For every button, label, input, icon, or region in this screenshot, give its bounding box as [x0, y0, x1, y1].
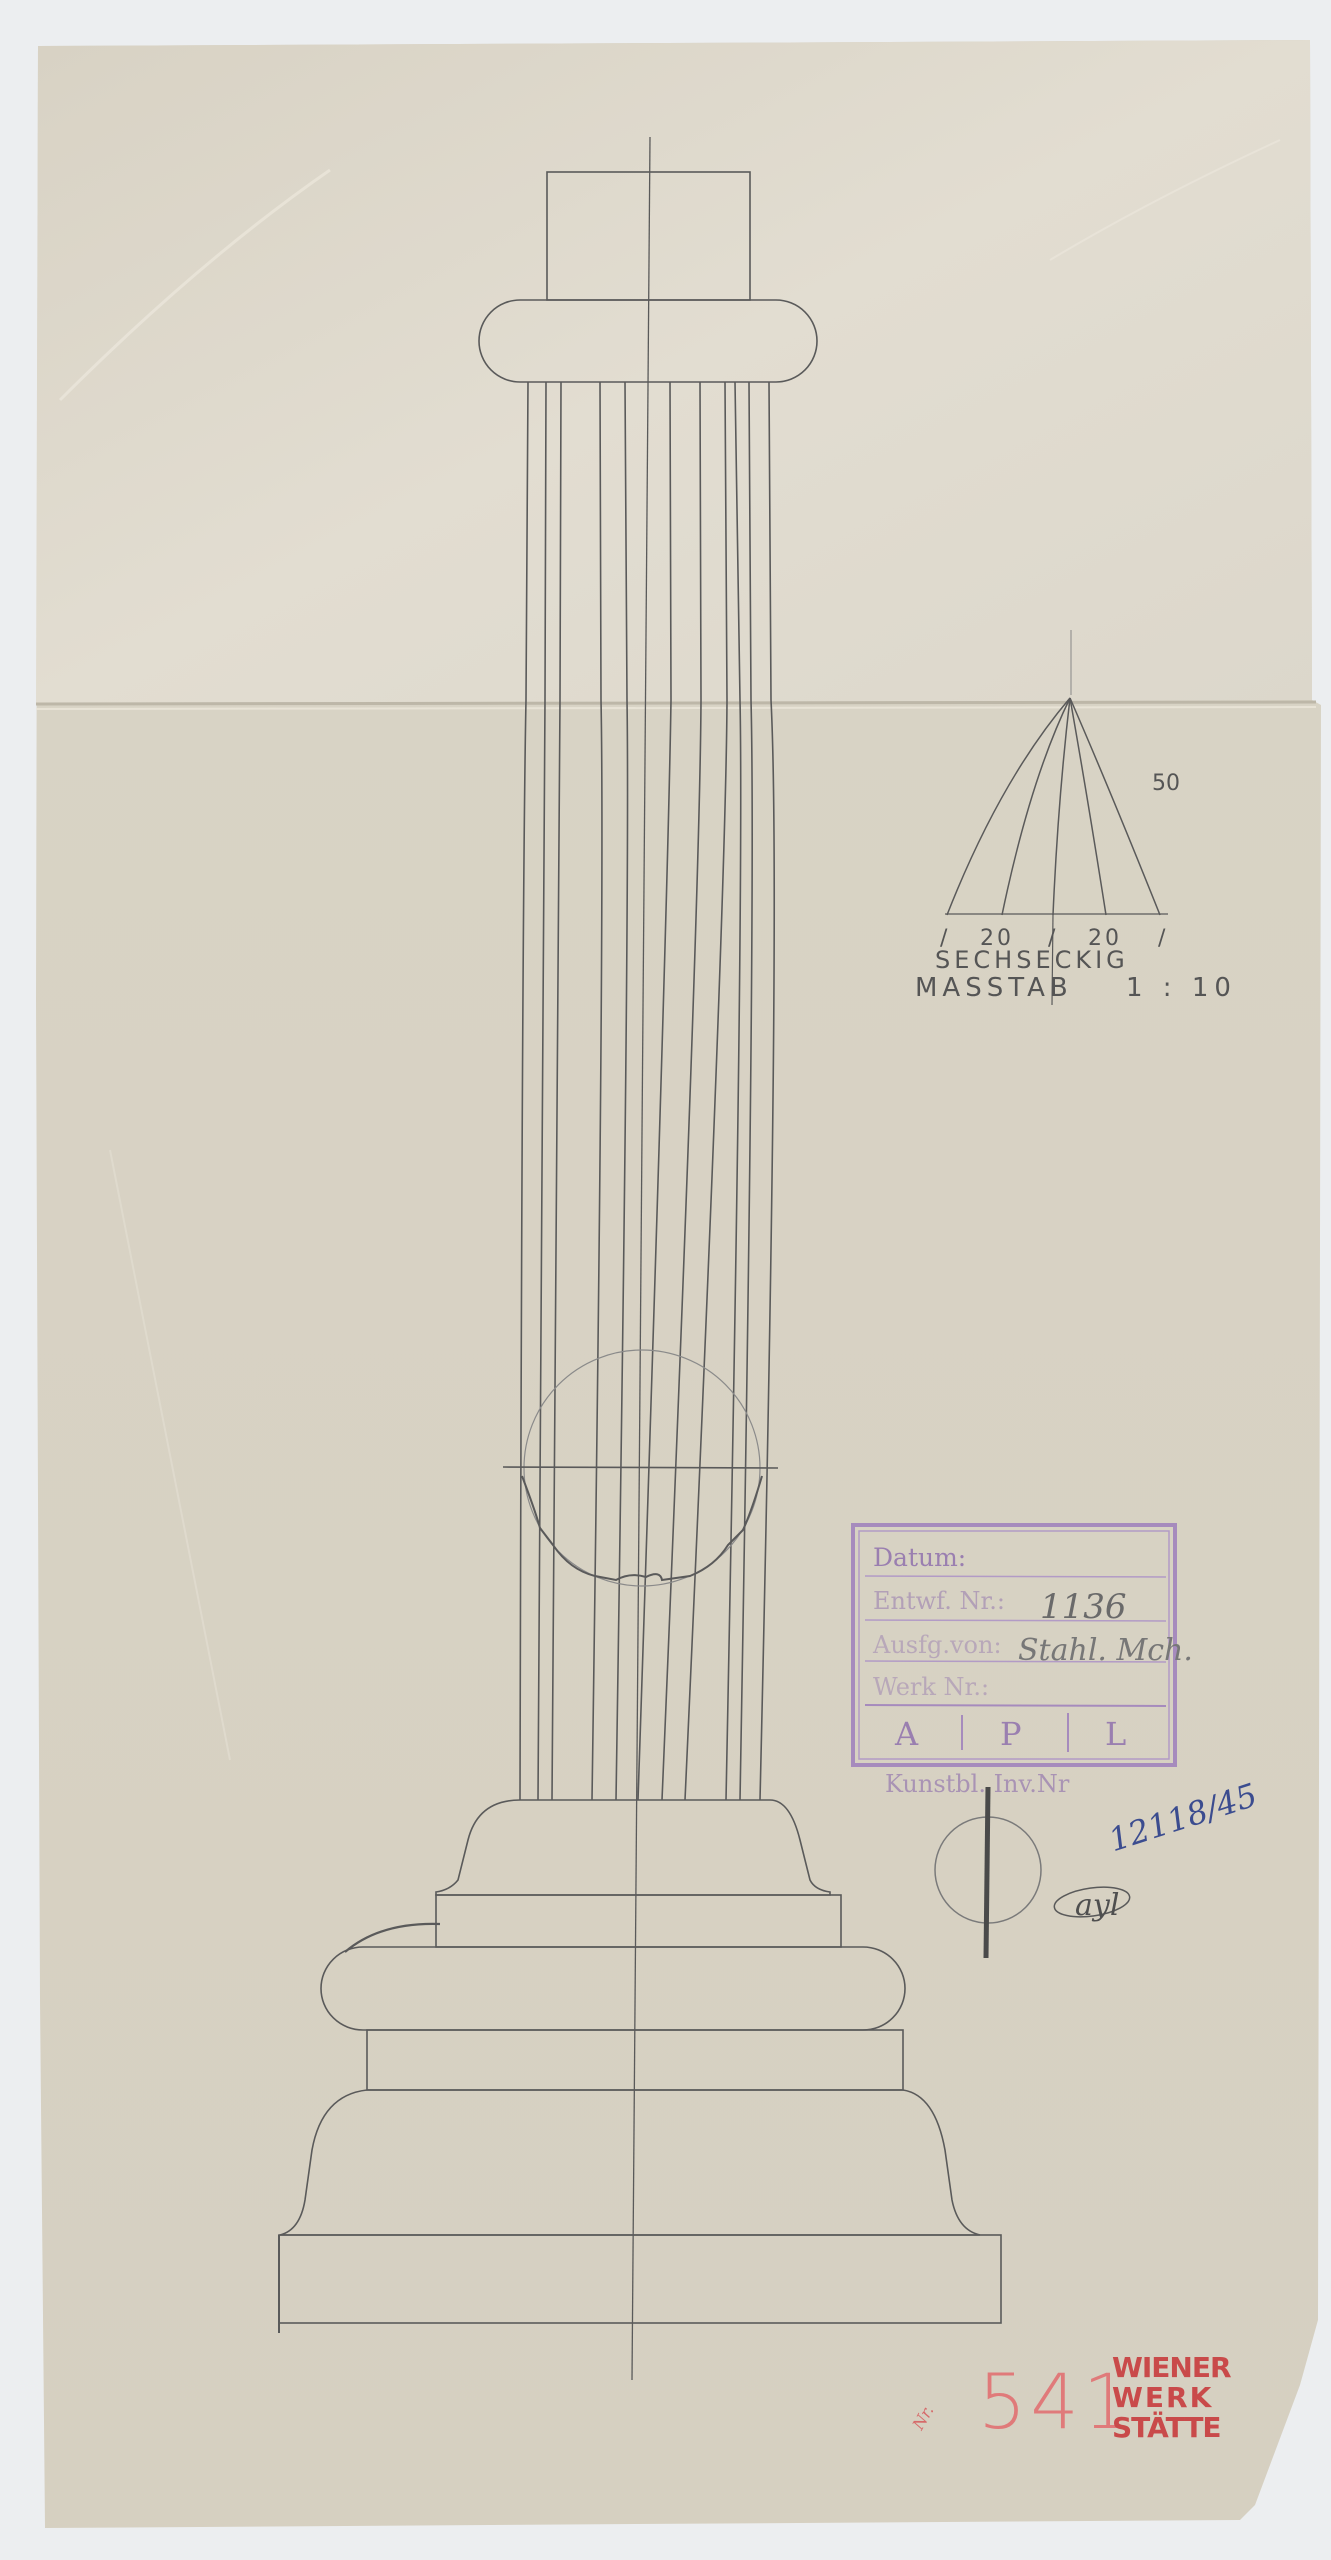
svg-text:WIENER: WIENER: [1112, 2351, 1231, 2384]
section-line: [503, 1467, 778, 1468]
drawing-sheet: 50 / 20 / 20 / SECHSECKIG MASSTAB 1 : 10…: [0, 0, 1331, 2560]
stamp-date-label: Datum:: [873, 1543, 966, 1572]
svg-text:/: /: [1158, 926, 1166, 951]
scale-label: MASSTAB: [915, 973, 1073, 1003]
stamp-letter-l: L: [1105, 1715, 1126, 1753]
stamp-letter-p: P: [1000, 1715, 1022, 1753]
inventory-label: Kunstbl. Inv.Nr: [885, 1770, 1070, 1798]
svg-text:STÄTTE: STÄTTE: [1112, 2410, 1221, 2444]
scale-height-label: 50: [1152, 771, 1180, 796]
stamp-design-number: 1136: [1040, 1587, 1127, 1627]
scale-value: 1 : 10: [1126, 973, 1237, 1003]
stamp-executed-by-value: Stahl. Mch.: [1018, 1633, 1193, 1668]
stamp-letter-a: A: [894, 1715, 919, 1753]
wiener-werkstaette-stamp: WIENER WERK STÄTTE: [1112, 2351, 1231, 2444]
svg-text:ayl: ayl: [1075, 1888, 1119, 1923]
stamp-work-no-label: Werk Nr.:: [873, 1673, 989, 1701]
shape-label: SECHSECKIG: [935, 946, 1129, 974]
paper: [36, 40, 1321, 2528]
stamp-design-no-label: Entwf. Nr.:: [873, 1587, 1005, 1615]
stamp-executed-by-label: Ausfg.von:: [872, 1631, 1002, 1659]
svg-text:WERK: WERK: [1112, 2381, 1213, 2414]
